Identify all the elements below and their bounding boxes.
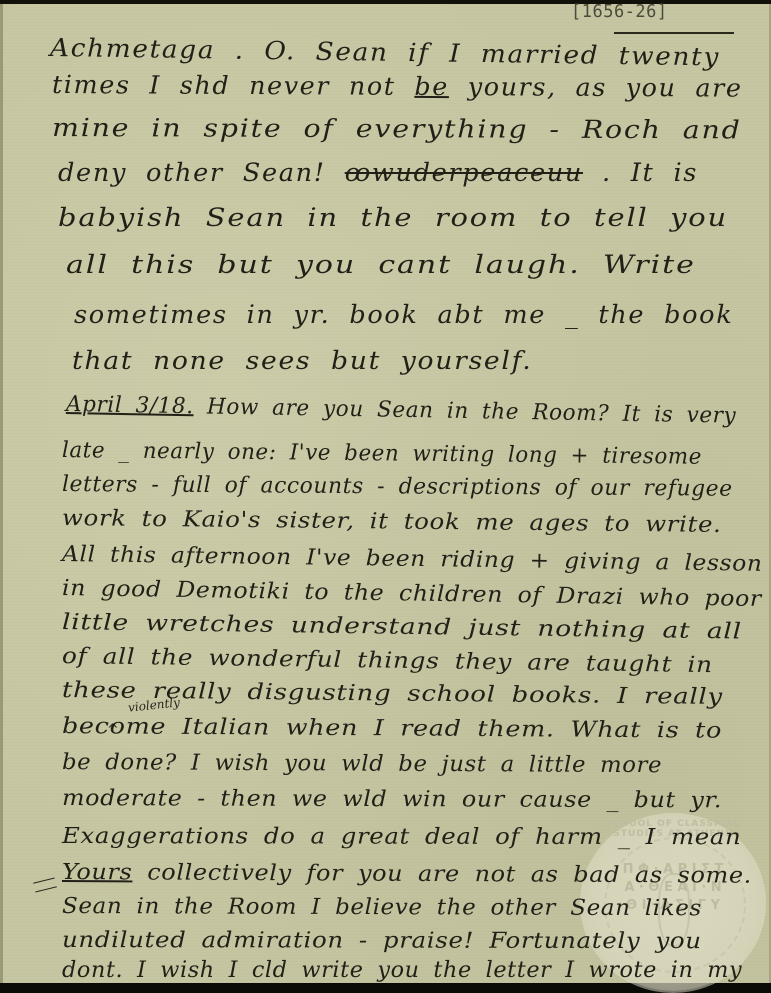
letter-line-21: Exaggerations do a great deal of harm _ … [62,824,741,850]
letter-line-5: babyish Sean in the room to tell you [58,203,728,232]
letter-line-1: Achmetaga . O. Sean if I married twenty [50,33,720,71]
letter-line-14: in good Demotiki to the children of Draz… [62,576,762,612]
struck-out-word: ꝏwuderpeaceuu [345,158,583,187]
line-22-text: collectively for you are not as bad as s… [147,860,752,888]
letter-line-10: late _ nearly one: I've been writing lon… [62,438,702,470]
pen-overline [614,32,734,34]
letter-line-4: deny other Sean! ꝏwuderpeaceuu . It is [58,158,698,187]
letter-line-19: be done? I wish you wld be just a little… [62,750,662,778]
letter-line-9: April 3/18. How are you Sean in the Room… [66,392,737,429]
letter-line-20: moderate - then we wld win our cause _ b… [62,786,722,813]
underlined-word-be: be [414,72,449,101]
letter-line-15: little wretches understand just nothing … [62,610,742,644]
line-9-text: How are you Sean in the Room? It is very [207,394,737,428]
letter-line-25: dont. I wish I cld write you the letter … [62,958,742,983]
line-2-text-a: times I shd never not [52,70,396,101]
underlined-word-yours: Yours [62,860,133,885]
letter-line-3: mine in spite of everything - Roch and [52,113,742,144]
letter-line-22: Yours collectively for you are not as ba… [62,860,752,889]
letter-line-6: all this but you cant laugh. Write [66,250,696,279]
line-2-text-b: yours, as you are [468,72,743,102]
letter-line-12: work to Kaio's sister, it took me ages t… [62,506,722,538]
line-4-text-a: deny other Sean! [58,158,326,187]
letter-line-8: that none sees but yourself. [72,346,532,375]
letter-line-2: times I shd never not be yours, as you a… [52,70,743,103]
letter-line-7: sometimes in yr. book abt me _ the book [74,300,733,329]
letter-line-13: All this afternoon I've been riding + gi… [62,542,763,577]
letter-line-11: letters - full of accounts - description… [62,472,733,502]
letter-line-16: of all the wonderful things they are tau… [62,644,713,678]
letter-line-18: become Italian when I read them. What is… [62,714,722,744]
margin-double-dash-mark [33,877,57,892]
entry-date: April 3/18. [66,392,194,419]
line-4-text-b: . It is [602,158,698,187]
letter-line-24: undiluted admiration - praise! Fortunate… [62,928,702,954]
letter-body: Achmetaga . O. Sean if I married twenty … [0,0,771,993]
letter-line-23: Sean in the Room I believe the other Sea… [62,894,702,921]
line-18-text-a: become [62,714,166,740]
line-18-text-b: Italian when I read them. What is to [182,715,722,744]
